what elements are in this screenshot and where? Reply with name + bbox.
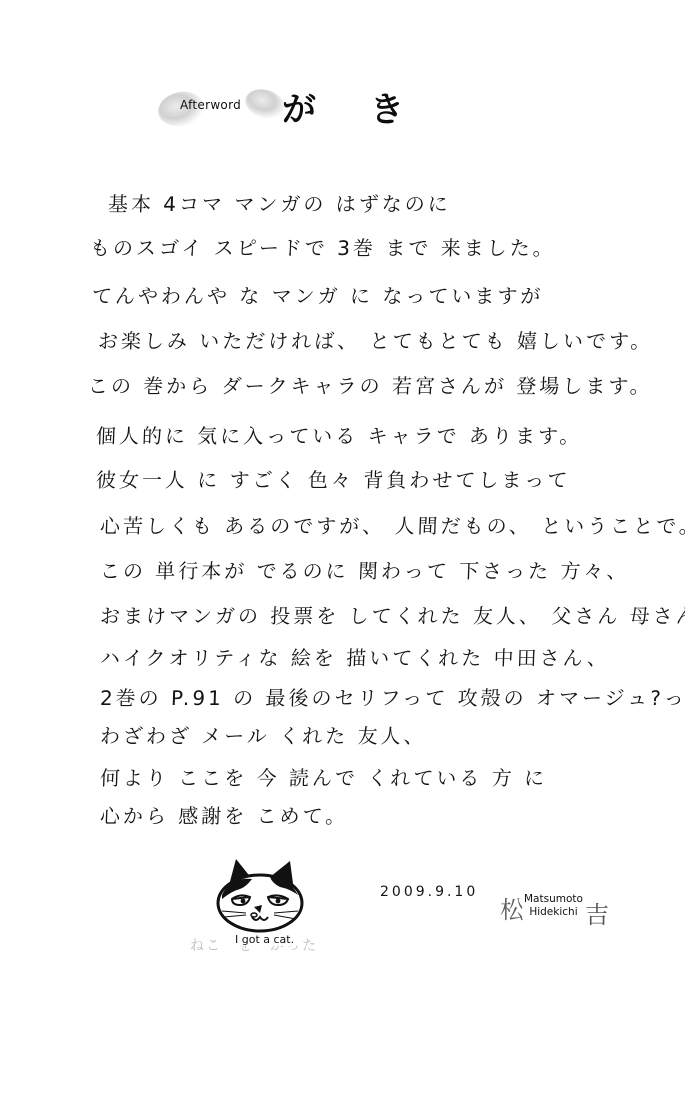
date-text: 2009.9.10 [380, 884, 478, 900]
body-line: てんやわんや な マンガ に なっていますが [91, 280, 543, 309]
body-line: 2巻の P.91 の 最後のセリフって 攻殻の オマージュ?って [99, 682, 685, 711]
afterword-page: Afterword が き 基本 4コマ マンガの はずなのに ものスゴイ スピ… [0, 0, 685, 1096]
body-line: おまけマンガの 投票を してくれた 友人、 父さん 母さん、 [99, 600, 685, 629]
body-line: 心から 感謝を こめて。 [99, 800, 348, 829]
cat-doodle: ねこ を かった I got a cat. [190, 855, 350, 965]
signature-translation: Matsumoto Hidekichi [522, 893, 585, 919]
title-kana-ki: き [370, 82, 404, 131]
body-line: 基本 4コマ マンガの はずなのに [107, 188, 451, 217]
body-line: 彼女一人 に すごく 色々 背負わせてしまって [95, 464, 570, 493]
body-line: ハイクオリティな 絵を 描いてくれた 中田さん、 [99, 642, 610, 671]
signature-kanji-first: 松 [500, 890, 524, 925]
signature-given-name: Hidekichi [524, 906, 583, 919]
body-line: お楽しみ いただければ、 とてもとても 嬉しいです。 [97, 325, 653, 354]
body-line: 心苦しくも あるのですが、 人間だもの、 ということで。 [99, 510, 685, 539]
body-line: この 巻から ダークキャラの 若宮さんが 登場します。 [87, 370, 653, 399]
body-line: この 単行本が でるのに 関わって 下さった 方々、 [99, 555, 630, 584]
body-line: わざわざ メール くれた 友人、 [99, 720, 427, 749]
signature-surname: Matsumoto [524, 893, 583, 906]
title-kana-ga: が [282, 82, 316, 131]
cat-caption-translation: I got a cat. [232, 933, 297, 946]
title-translation: Afterword [180, 98, 241, 112]
body-line: 何より ここを 今 読んで くれている 方 に [99, 762, 547, 791]
signature-kanji-last: 吉 [585, 895, 609, 930]
body-line: 個人的に 気に入っている キャラで あります。 [95, 420, 582, 449]
cat-face-icon [210, 855, 310, 935]
body-line: ものスゴイ スピードで 3巻 まで 来ました。 [89, 232, 556, 261]
afterword-title: Afterword が き [150, 78, 430, 138]
